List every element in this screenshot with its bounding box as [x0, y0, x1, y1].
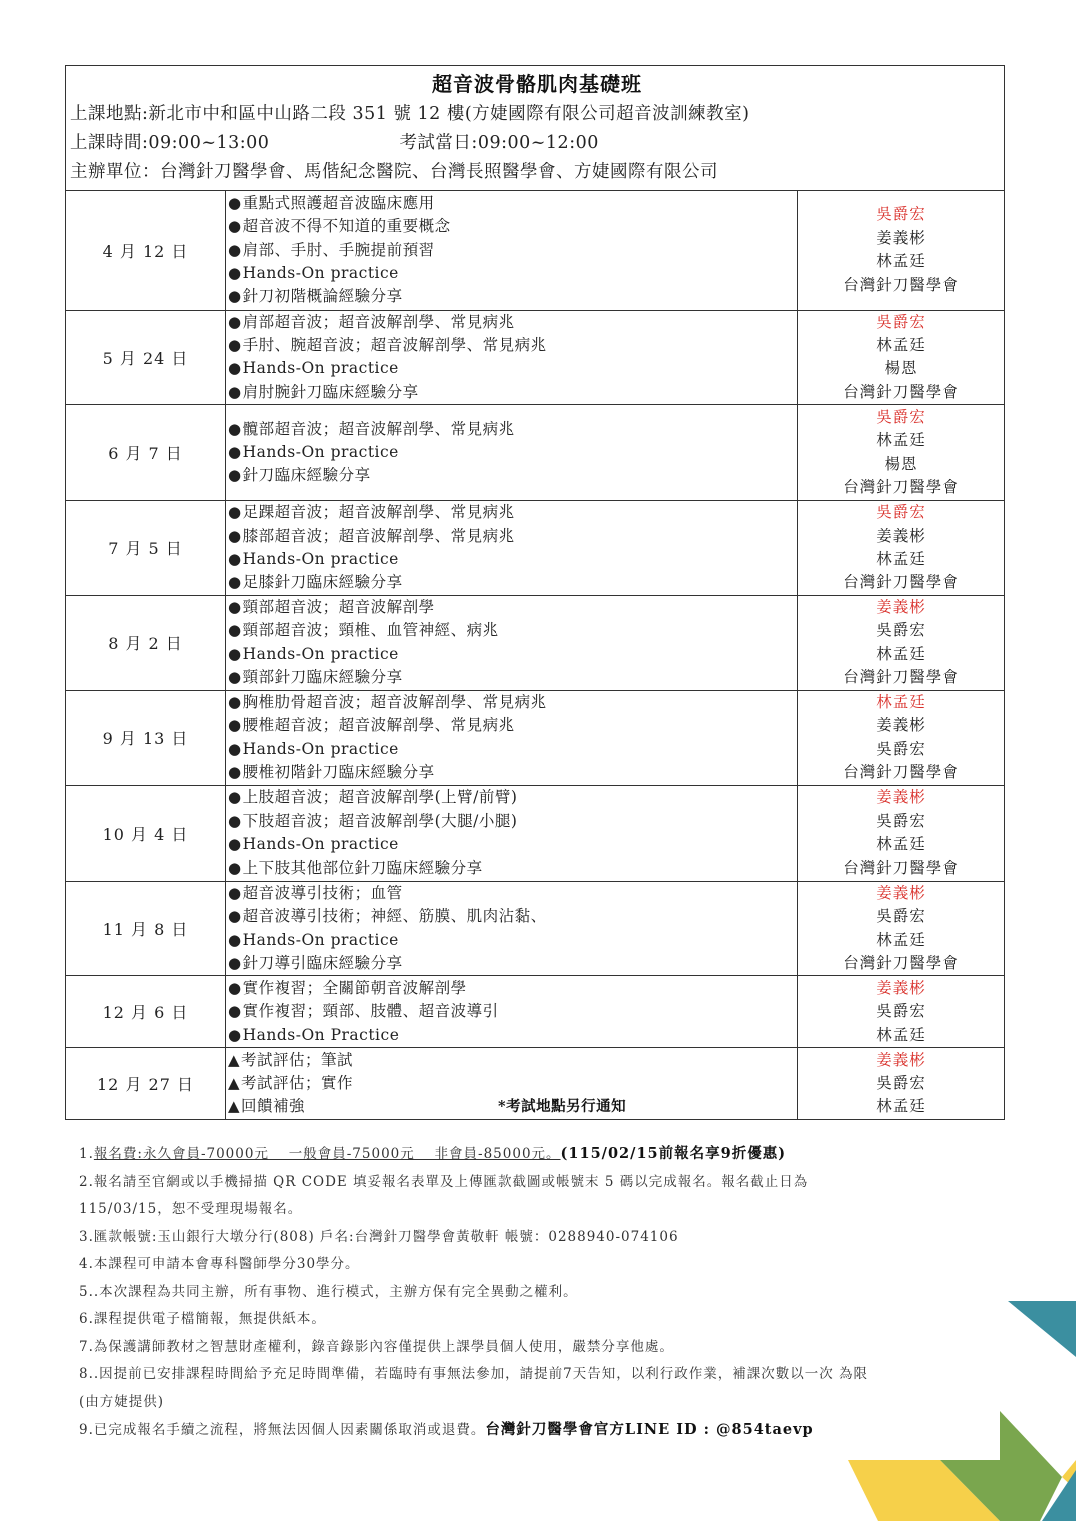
topic-text: 腰椎超音波；超音波解剖學、常見病兆 — [243, 716, 515, 734]
topic-item: ●肩部超音波；超音波解剖學、常見病兆 — [228, 311, 797, 334]
session-topics: ●重點式照護超音波臨床應用●超音波不得不知道的重要概念●肩部、手肘、手腕提前預習… — [226, 191, 798, 310]
circle-bullet-icon: ● — [228, 812, 242, 830]
speaker: 林孟廷 — [798, 429, 1004, 452]
topic-text: Hands-On practice — [243, 550, 399, 568]
course-schedule: 超音波骨骼肌肉基礎班 上課地點:新北市中和區中山路二段 351 號 12 樓(方… — [65, 65, 1005, 1120]
schedule-row: 10 月 4 日●上肢超音波；超音波解剖學(上臂/前臂)●下肢超音波；超音波解剖… — [66, 785, 1004, 881]
session-speakers: 吳爵宏姜義彬林孟廷台灣針刀醫學會 — [798, 501, 1005, 596]
topic-text: Hands-On practice — [243, 359, 399, 377]
topic-item: ●針刀導引臨床經驗分享 — [228, 952, 797, 975]
topic-item: ●Hands-On practice — [228, 738, 797, 761]
line-id: 台灣針刀醫學會官方LINE ID : @854taevp — [485, 1421, 813, 1438]
lead-speaker: 姜義彬 — [798, 882, 1004, 905]
class-time: 上課時間:09:00~13:00 — [70, 133, 269, 153]
session-speakers: 姜義彬吳爵宏林孟廷 — [798, 976, 1005, 1048]
topic-text: 肩部超音波；超音波解剖學、常見病兆 — [243, 313, 515, 331]
topic-text: 肩部、手肘、手腕提前預習 — [243, 241, 435, 259]
note-6: 6.課程提供電子檔簡報，無提供紙本。 — [79, 1306, 999, 1334]
session-speakers: 林孟廷姜義彬吳爵宏台灣針刀醫學會 — [798, 690, 1005, 785]
schedule-row: 6 月 7 日●髖部超音波；超音波解剖學、常見病兆●Hands-On pract… — [66, 405, 1004, 501]
session-topics: ●實作複習；全關節朝音波解剖學●實作複習；頸部、肢體、超音波導引●Hands-O… — [226, 976, 798, 1048]
topic-text: 上肢超音波；超音波解剖學(上臂/前臂) — [243, 788, 518, 806]
session-topics: ●頸部超音波；超音波解剖學●頸部超音波；頸椎、血管神經、病兆●Hands-On … — [226, 595, 798, 690]
class-location: 上課地點:新北市中和區中山路二段 351 號 12 樓(方婕國際有限公司超音波訓… — [70, 100, 1004, 129]
circle-bullet-icon: ● — [228, 573, 242, 591]
topic-text: 足膝針刀臨床經驗分享 — [243, 573, 403, 591]
fee-text: 報名費:永久會員-70000元 一般會員-75000元 非會員-85000元。 — [94, 1146, 561, 1162]
topic-text: 針刀導引臨床經驗分享 — [243, 954, 403, 972]
circle-bullet-icon: ● — [228, 1002, 242, 1020]
speaker: 吳爵宏 — [798, 905, 1004, 928]
topic-item: ●頸部超音波；超音波解剖學 — [228, 596, 797, 619]
topic-item: ●Hands-On practice — [228, 357, 797, 380]
topic-text: 回饋補強 — [241, 1097, 305, 1115]
circle-bullet-icon: ● — [228, 621, 242, 639]
circle-bullet-icon: ● — [228, 645, 242, 663]
topic-text: Hands-On practice — [243, 443, 399, 461]
topic-text: Hands-On practice — [243, 835, 399, 853]
topic-item: ●上肢超音波；超音波解剖學(上臂/前臂) — [228, 786, 797, 809]
topic-item: ●實作複習；頸部、肢體、超音波導引 — [228, 1000, 797, 1023]
session-speakers: 吳爵宏姜義彬林孟廷台灣針刀醫學會 — [798, 191, 1005, 310]
circle-bullet-icon: ● — [228, 336, 242, 354]
note-2-line-1: 2.報名請至官網或以手機掃描 QR CODE 填妥報名表單及上傳匯款截圖或帳號末… — [79, 1169, 999, 1197]
topic-item: ●腰椎超音波；超音波解剖學、常見病兆 — [228, 714, 797, 737]
topic-item: ●針刀臨床經驗分享 — [228, 464, 797, 487]
topic-item: ●胸椎肋骨超音波；超音波解剖學、常見病兆 — [228, 691, 797, 714]
circle-bullet-icon: ● — [228, 907, 242, 925]
class-times: 上課時間:09:00~13:00考試當日:09:00~12:00 — [70, 129, 1004, 158]
topic-item: ●Hands-On practice — [228, 441, 797, 464]
topic-text: 上下肢其他部位針刀臨床經驗分享 — [243, 859, 483, 877]
circle-bullet-icon: ● — [228, 979, 242, 997]
note-9-text: 9.已完成報名手續之流程，將無法因個人因素關係取消或退費。 — [79, 1422, 485, 1438]
topic-item: ●頸部超音波；頸椎、血管神經、病兆 — [228, 619, 797, 642]
lead-speaker: 吳爵宏 — [798, 203, 1004, 226]
organizers: 主辦單位：台灣針刀醫學會、馬偕紀念醫院、台灣長照醫學會、方婕國際有限公司 — [70, 158, 1004, 187]
circle-bullet-icon: ● — [228, 954, 242, 972]
speaker: 吳爵宏 — [798, 738, 1004, 761]
speaker: 林孟廷 — [798, 250, 1004, 273]
circle-bullet-icon: ● — [228, 693, 242, 711]
topic-text: 頸部針刀臨床經驗分享 — [243, 668, 403, 686]
yellow-corner — [1062, 1460, 1076, 1490]
topic-item: ●肩肘腕針刀臨床經驗分享 — [228, 381, 797, 404]
triangle-bullet-icon: ▲ — [228, 1074, 240, 1092]
topic-text: 考試評估；實作 — [241, 1074, 353, 1092]
teal-triangle-top — [1008, 1301, 1076, 1357]
schedule-table: 4 月 12 日●重點式照護超音波臨床應用●超音波不得不知道的重要概念●肩部、手… — [66, 191, 1004, 1119]
session-date: 11 月 8 日 — [66, 881, 226, 976]
speaker: 吳爵宏 — [798, 1000, 1004, 1023]
topic-text: 實作複習；頸部、肢體、超音波導引 — [243, 1002, 499, 1020]
note-8-line-1: 8..因提前已安排課程時間給予充足時間準備，若臨時有事無法參加，請提前7天告知，… — [79, 1361, 999, 1389]
teal-triangle-bottom — [1042, 1470, 1076, 1521]
speaker: 楊恩 — [798, 453, 1004, 476]
lead-speaker: 吳爵宏 — [798, 501, 1004, 524]
circle-bullet-icon: ● — [228, 740, 242, 758]
circle-bullet-icon: ● — [228, 550, 242, 568]
topic-text: 超音波不得不知道的重要概念 — [243, 217, 451, 235]
topic-item: ●超音波導引技術；血管 — [228, 882, 797, 905]
topic-text: 超音波導引技術；神經、筋膜、肌肉沾黏、 — [243, 907, 547, 925]
circle-bullet-icon: ● — [228, 313, 242, 331]
speaker: 林孟廷 — [798, 548, 1004, 571]
lead-speaker: 林孟廷 — [798, 691, 1004, 714]
session-topics: ●上肢超音波；超音波解剖學(上臂/前臂)●下肢超音波；超音波解剖學(大腿/小腿)… — [226, 785, 798, 881]
circle-bullet-icon: ● — [228, 835, 242, 853]
circle-bullet-icon: ● — [228, 788, 242, 806]
session-date: 5 月 24 日 — [66, 310, 226, 405]
topic-text: 腰椎初階針刀臨床經驗分享 — [243, 763, 435, 781]
topic-item: ●實作複習；全關節朝音波解剖學 — [228, 977, 797, 1000]
topic-item: ●Hands-On Practice — [228, 1024, 797, 1047]
note-2-line-2: 115/03/15，恕不受理現場報名。 — [79, 1196, 999, 1224]
speaker: 姜義彬 — [798, 227, 1004, 250]
speaker: 台灣針刀醫學會 — [798, 952, 1004, 975]
note-8-line-2: (由方婕提供) — [79, 1389, 999, 1417]
topic-item: ●Hands-On practice — [228, 833, 797, 856]
topic-text: Hands-On practice — [243, 931, 399, 949]
circle-bullet-icon: ● — [228, 194, 242, 212]
session-speakers: 吳爵宏林孟廷楊恩台灣針刀醫學會 — [798, 405, 1005, 501]
session-speakers: 吳爵宏林孟廷楊恩台灣針刀醫學會 — [798, 310, 1005, 405]
note-4: 4.本課程可申請本會專科醫師學分30學分。 — [79, 1251, 999, 1279]
speaker: 林孟廷 — [798, 929, 1004, 952]
exam-location-notice: *考試地點另行通知 — [498, 1095, 626, 1118]
schedule-row: 11 月 8 日●超音波導引技術；血管●超音波導引技術；神經、筋膜、肌肉沾黏、●… — [66, 881, 1004, 976]
speaker: 林孟廷 — [798, 1095, 1004, 1118]
topic-text: 考試評估；筆試 — [241, 1051, 353, 1069]
topic-item: ●重點式照護超音波臨床應用 — [228, 192, 797, 215]
speaker: 台灣針刀醫學會 — [798, 571, 1004, 594]
topic-item: ●下肢超音波；超音波解剖學(大腿/小腿) — [228, 810, 797, 833]
circle-bullet-icon: ● — [228, 287, 242, 305]
topic-text: 胸椎肋骨超音波；超音波解剖學、常見病兆 — [243, 693, 547, 711]
note-1-number: 1. — [79, 1146, 94, 1162]
topic-item: ●超音波導引技術；神經、筋膜、肌肉沾黏、 — [228, 905, 797, 928]
speaker: 台灣針刀醫學會 — [798, 381, 1004, 404]
session-date: 7 月 5 日 — [66, 501, 226, 596]
speaker: 吳爵宏 — [798, 619, 1004, 642]
speaker: 姜義彬 — [798, 525, 1004, 548]
session-topics: ●超音波導引技術；血管●超音波導引技術；神經、筋膜、肌肉沾黏、●Hands-On… — [226, 881, 798, 976]
topic-item: ▲考試評估；實作 — [228, 1072, 797, 1095]
circle-bullet-icon: ● — [228, 359, 242, 377]
topic-item: ●Hands-On practice — [228, 643, 797, 666]
lead-speaker: 姜義彬 — [798, 977, 1004, 1000]
topic-text: 頸部超音波；超音波解剖學 — [243, 598, 435, 616]
topic-text: 肩肘腕針刀臨床經驗分享 — [243, 383, 419, 401]
lead-speaker: 吳爵宏 — [798, 311, 1004, 334]
circle-bullet-icon: ● — [228, 763, 242, 781]
yellow-band — [848, 1460, 1000, 1521]
topic-text: 髖部超音波；超音波解剖學、常見病兆 — [243, 420, 515, 438]
topic-text: 頸部超音波；頸椎、血管神經、病兆 — [243, 621, 499, 639]
circle-bullet-icon: ● — [228, 598, 242, 616]
circle-bullet-icon: ● — [228, 217, 242, 235]
topic-item: ●足膝針刀臨床經驗分享 — [228, 571, 797, 594]
speaker: 台灣針刀醫學會 — [798, 761, 1004, 784]
schedule-row: 4 月 12 日●重點式照護超音波臨床應用●超音波不得不知道的重要概念●肩部、手… — [66, 191, 1004, 310]
session-speakers: 姜義彬吳爵宏林孟廷台灣針刀醫學會 — [798, 785, 1005, 881]
speaker: 台灣針刀醫學會 — [798, 476, 1004, 499]
session-date: 12 月 6 日 — [66, 976, 226, 1048]
topic-text: 針刀初階概論經驗分享 — [243, 287, 403, 305]
speaker: 台灣針刀醫學會 — [798, 857, 1004, 880]
session-topics: ▲考試評估；筆試▲考試評估；實作▲回饋補強*考試地點另行通知 — [226, 1048, 798, 1119]
topic-text: Hands-On Practice — [243, 1026, 400, 1044]
topic-item: ▲回饋補強*考試地點另行通知 — [228, 1095, 797, 1118]
topic-text: Hands-On practice — [243, 645, 399, 663]
session-date: 8 月 2 日 — [66, 595, 226, 690]
speaker: 林孟廷 — [798, 833, 1004, 856]
circle-bullet-icon: ● — [228, 716, 242, 734]
topic-text: 手肘、腕超音波；超音波解剖學、常見病兆 — [243, 336, 547, 354]
session-topics: ●髖部超音波；超音波解剖學、常見病兆●Hands-On practice●針刀臨… — [226, 405, 798, 501]
triangle-bullet-icon: ▲ — [228, 1097, 240, 1115]
lead-speaker: 姜義彬 — [798, 596, 1004, 619]
session-date: 9 月 13 日 — [66, 690, 226, 785]
note-7: 7.為保護講師教材之智慧財產權利，錄音錄影內容僅提供上課學員個人使用，嚴禁分享他… — [79, 1334, 999, 1362]
schedule-header: 超音波骨骼肌肉基礎班 上課地點:新北市中和區中山路二段 351 號 12 樓(方… — [66, 66, 1004, 191]
speaker: 林孟廷 — [798, 334, 1004, 357]
circle-bullet-icon: ● — [228, 1026, 242, 1044]
note-5: 5..本次課程為共同主辦，所有事物、進行模式，主辦方保有完全異動之權利。 — [79, 1279, 999, 1307]
topic-text: 重點式照護超音波臨床應用 — [243, 194, 435, 212]
circle-bullet-icon: ● — [228, 466, 242, 484]
circle-bullet-icon: ● — [228, 241, 242, 259]
topic-text: 膝部超音波；超音波解剖學、常見病兆 — [243, 527, 515, 545]
lead-speaker: 吳爵宏 — [798, 406, 1004, 429]
schedule-row: 8 月 2 日●頸部超音波；超音波解剖學●頸部超音波；頸椎、血管神經、病兆●Ha… — [66, 595, 1004, 690]
speaker: 吳爵宏 — [798, 810, 1004, 833]
circle-bullet-icon: ● — [228, 264, 242, 282]
topic-item: ●超音波不得不知道的重要概念 — [228, 215, 797, 238]
session-topics: ●足踝超音波；超音波解剖學、常見病兆●膝部超音波；超音波解剖學、常見病兆●Han… — [226, 501, 798, 596]
topic-text: Hands-On practice — [243, 264, 399, 282]
topic-item: ●髖部超音波；超音波解剖學、常見病兆 — [228, 418, 797, 441]
session-date: 4 月 12 日 — [66, 191, 226, 310]
session-speakers: 姜義彬吳爵宏林孟廷台灣針刀醫學會 — [798, 881, 1005, 976]
topic-item: ●上下肢其他部位針刀臨床經驗分享 — [228, 857, 797, 880]
triangle-bullet-icon: ▲ — [228, 1051, 240, 1069]
session-date: 10 月 4 日 — [66, 785, 226, 881]
circle-bullet-icon: ● — [228, 420, 242, 438]
circle-bullet-icon: ● — [228, 527, 242, 545]
topic-text: 針刀臨床經驗分享 — [243, 466, 371, 484]
speaker: 台灣針刀醫學會 — [798, 274, 1004, 297]
session-topics: ●胸椎肋骨超音波；超音波解剖學、常見病兆●腰椎超音波；超音波解剖學、常見病兆●H… — [226, 690, 798, 785]
note-1: 1.報名費:永久會員-70000元 一般會員-75000元 非會員-85000元… — [79, 1140, 999, 1169]
session-speakers: 姜義彬吳爵宏林孟廷台灣針刀醫學會 — [798, 595, 1005, 690]
circle-bullet-icon: ● — [228, 884, 242, 902]
speaker: 楊恩 — [798, 357, 1004, 380]
topic-item: ●腰椎初階針刀臨床經驗分享 — [228, 761, 797, 784]
speaker: 吳爵宏 — [798, 1072, 1004, 1095]
schedule-row: 5 月 24 日●肩部超音波；超音波解剖學、常見病兆●手肘、腕超音波；超音波解剖… — [66, 310, 1004, 405]
topic-text: 實作複習；全關節朝音波解剖學 — [243, 979, 467, 997]
page-title: 超音波骨骼肌肉基礎班 — [70, 68, 1004, 100]
schedule-row: 9 月 13 日●胸椎肋骨超音波；超音波解剖學、常見病兆●腰椎超音波；超音波解剖… — [66, 690, 1004, 785]
topic-item: ●針刀初階概論經驗分享 — [228, 285, 797, 308]
topic-item: ●Hands-On practice — [228, 262, 797, 285]
exam-time: 考試當日:09:00~12:00 — [399, 133, 598, 153]
speaker: 林孟廷 — [798, 643, 1004, 666]
speaker: 台灣針刀醫學會 — [798, 666, 1004, 689]
topic-item: ●Hands-On practice — [228, 548, 797, 571]
session-date: 12 月 27 日 — [66, 1048, 226, 1119]
topic-item: ●頸部針刀臨床經驗分享 — [228, 666, 797, 689]
circle-bullet-icon: ● — [228, 383, 242, 401]
topic-item: ●手肘、腕超音波；超音波解剖學、常見病兆 — [228, 334, 797, 357]
circle-bullet-icon: ● — [228, 859, 242, 877]
topic-item: ●Hands-On practice — [228, 929, 797, 952]
note-9: 9.已完成報名手續之流程，將無法因個人因素關係取消或退費。台灣針刀醫學會官方LI… — [79, 1416, 999, 1445]
topic-item: ●肩部、手肘、手腕提前預習 — [228, 239, 797, 262]
topic-text: 足踝超音波；超音波解剖學、常見病兆 — [243, 503, 515, 521]
schedule-row: 12 月 27 日▲考試評估；筆試▲考試評估；實作▲回饋補強*考試地點另行通知姜… — [66, 1048, 1004, 1119]
circle-bullet-icon: ● — [228, 443, 242, 461]
topic-text: Hands-On practice — [243, 740, 399, 758]
schedule-row: 7 月 5 日●足踝超音波；超音波解剖學、常見病兆●膝部超音波；超音波解剖學、常… — [66, 501, 1004, 596]
lead-speaker: 姜義彬 — [798, 1049, 1004, 1072]
speaker: 姜義彬 — [798, 714, 1004, 737]
topic-text: 超音波導引技術；血管 — [243, 884, 403, 902]
session-date: 6 月 7 日 — [66, 405, 226, 501]
notes-section: 1.報名費:永久會員-70000元 一般會員-75000元 非會員-85000元… — [79, 1140, 999, 1445]
lead-speaker: 姜義彬 — [798, 786, 1004, 809]
topic-item: ●足踝超音波；超音波解剖學、常見病兆 — [228, 501, 797, 524]
topic-item: ▲考試評估；筆試 — [228, 1049, 797, 1072]
circle-bullet-icon: ● — [228, 931, 242, 949]
early-discount: (115/02/15前報名享9折優惠) — [561, 1145, 787, 1162]
session-topics: ●肩部超音波；超音波解剖學、常見病兆●手肘、腕超音波；超音波解剖學、常見病兆●H… — [226, 310, 798, 405]
topic-item: ●膝部超音波；超音波解剖學、常見病兆 — [228, 525, 797, 548]
topic-text: 下肢超音波；超音波解剖學(大腿/小腿) — [243, 812, 518, 830]
circle-bullet-icon: ● — [228, 503, 242, 521]
circle-bullet-icon: ● — [228, 668, 242, 686]
session-speakers: 姜義彬吳爵宏林孟廷 — [798, 1048, 1005, 1119]
note-3: 3.匯款帳號:玉山銀行大墩分行(808) 戶名:台灣針刀醫學會黃敬軒 帳號：02… — [79, 1224, 999, 1252]
schedule-row: 12 月 6 日●實作複習；全關節朝音波解剖學●實作複習；頸部、肢體、超音波導引… — [66, 976, 1004, 1048]
speaker: 林孟廷 — [798, 1024, 1004, 1047]
